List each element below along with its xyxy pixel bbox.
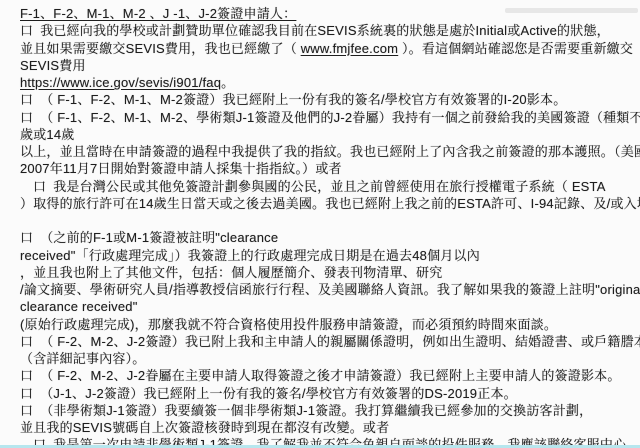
checkbox-icon[interactable]: 口 bbox=[20, 334, 33, 349]
text-line-clearance-cont1: received"「行政處理完成」）我簽證上的行政處理完成日期是在過去48個月以… bbox=[20, 247, 638, 264]
item-text: 我已經向我的學校或計劃贊助單位確認我目前在SEVIS系統裏的狀態是處於Initi… bbox=[40, 23, 610, 38]
checklist-item-dependents: 口（ F-2、M-2、J-2簽證）我已附上我和主申請人的親屬關係證明，例如出生證… bbox=[20, 333, 638, 350]
document-title-line: F-1、F-2、M-1、M-2 、J -1、J-2簽證申請人： bbox=[20, 5, 638, 22]
checklist-item-j1-renewal: 口（非學術類J-1簽證）我要續簽一個非學術類J-1簽證。我打算繼續我已經參加的交… bbox=[20, 402, 638, 419]
item-text: 。 bbox=[221, 75, 234, 90]
checklist-item-i20: 口（ F-1、F-2、M-1、M-2簽證）我已經附上一份有我的簽名/學校官方有效… bbox=[20, 91, 638, 108]
item-text: /論文摘要、學術研究人員/指導教授信函旅行行程、及美國聯絡人資訊。我了解如果我的… bbox=[20, 282, 640, 297]
item-text: （ F-1、F-2、M-1、M-2簽證）我已經附上一份有我的簽名/學校官方有效簽… bbox=[40, 92, 566, 107]
text-line-age: 歲或14歲 bbox=[20, 126, 638, 143]
item-text: （含詳細記事內容）。 bbox=[20, 351, 146, 366]
text-line-esta-cont: ）取得的旅行許可在14歲生日當天或之後去過美國。我也已經附上我之前的ESTA許可… bbox=[20, 195, 638, 212]
item-text: 歲或14歲 bbox=[20, 127, 74, 142]
checklist-item-ds2019: 口（J-1、J-2簽證）我已經附上一份有我的簽名/學校官方有效簽署的DS-201… bbox=[20, 385, 638, 402]
text-line-ice-url: https://www.ice.gov/sevis/i901/faq。 bbox=[20, 74, 638, 91]
text-line-sevis-fee: 並且如果需要繳交SEVIS費用，我也已經繳了（ www.fmjfee.com ）… bbox=[20, 40, 638, 57]
item-text: (原始行政處理完成)，那麼我就不符合資格使用投件服務申請簽證，而必須預約時間來面… bbox=[20, 317, 557, 332]
item-text: ，並且我也附上了其他文件，包括：個人履歷簡介、發表刊物清單、研究 bbox=[20, 265, 442, 280]
text-line-sevis-fee-cont: SEVIS費用 bbox=[20, 57, 638, 74]
checkbox-icon[interactable]: 口 bbox=[20, 403, 33, 418]
item-text: 以上，並且當時在申請簽證的過程中我提供了我的指紋。我也已經附上了內含我之前簽證的… bbox=[20, 144, 640, 159]
item-text: 並且如果需要繳交SEVIS費用，我也已經繳了（ bbox=[20, 41, 301, 56]
visa-checklist-document: F-1、F-2、M-1、M-2 、J -1、J-2簽證申請人： 口我已經向我的學… bbox=[20, 5, 638, 448]
checklist-item-sevis-status: 口我已經向我的學校或計劃贊助單位確認我目前在SEVIS系統裏的狀態是處於Init… bbox=[20, 22, 638, 39]
checklist-item-esta: 口我是台灣公民或其他免簽證計劃參與國的公民，並且之前曾經使用在旅行授權電子系統（… bbox=[20, 178, 638, 195]
item-text: 我是台灣公民或其他免簽證計劃參與國的公民，並且之前曾經使用在旅行授權電子系統（ … bbox=[53, 179, 605, 194]
checkbox-icon[interactable]: 口 bbox=[20, 110, 33, 125]
item-text: ）。看這個網站確認您是否需要重新繳交 bbox=[398, 41, 633, 56]
item-text: SEVIS費用 bbox=[20, 58, 86, 73]
item-text: （ F-1、F-2、M-1、M-2、學術類J-1簽證及他們的J-2眷屬）我持有一… bbox=[40, 110, 640, 125]
item-text: received"「行政處理完成」）我簽證上的行政處理完成日期是在過去48個月以… bbox=[20, 248, 480, 263]
blank-line bbox=[20, 212, 638, 229]
item-text: （ F-2、M-2、J-2簽證）我已附上我和主申請人的親屬關係證明，例如出生證明… bbox=[40, 334, 640, 349]
item-text: （之前的F-1或M-1簽證被註明"clearance bbox=[40, 230, 278, 245]
text-line-clearance-cont2: ，並且我也附上了其他文件，包括：個人履歷簡介、發表刊物清單、研究 bbox=[20, 264, 638, 281]
item-text: 並且我的SEVIS號碼自上次簽證核發時到現在都沒有改變。或者 bbox=[20, 420, 389, 435]
page-title: F-1、F-2、M-1、M-2 、J -1、J-2簽證申請人： bbox=[20, 6, 296, 21]
item-text: （J-1、J-2簽證）我已經附上一份有我的簽名/學校官方有效簽署的DS-2019… bbox=[40, 386, 517, 401]
text-line-fingerprints-cont: 2007年11月7日開始對簽證申請人採集十指指紋。）或者 bbox=[20, 160, 638, 177]
item-text: 2007年11月7日開始對簽證申請人採集十指指紋。）或者 bbox=[20, 161, 342, 176]
fmjfee-link[interactable]: www.fmjfee.com bbox=[301, 41, 398, 56]
text-line-j1-renewal-cont: 並且我的SEVIS號碼自上次簽證核發時到現在都沒有改變。或者 bbox=[20, 419, 638, 436]
checklist-item-prior-visa: 口（ F-1、F-2、M-1、M-2、學術類J-1簽證及他們的J-2眷屬）我持有… bbox=[20, 109, 638, 126]
checkbox-icon[interactable]: 口 bbox=[20, 230, 33, 245]
checkbox-icon[interactable]: 口 bbox=[33, 179, 46, 194]
checkbox-icon[interactable]: 口 bbox=[20, 368, 33, 383]
text-line-clearance-cont3: /論文摘要、學術研究人員/指導教授信函旅行行程、及美國聯絡人資訊。我了解如果我的… bbox=[20, 281, 638, 298]
item-text: （ F-2、M-2、J-2眷屬在主要申請人取得簽證之後才申請簽證）我已經附上主要… bbox=[40, 368, 620, 383]
text-line-clearance-cont4: clearance received" bbox=[20, 298, 638, 315]
item-text: ）取得的旅行許可在14歲生日當天或之後去過美國。我也已經附上我之前的ESTA許可… bbox=[20, 196, 640, 211]
text-line-fingerprints: 以上，並且當時在申請簽證的過程中我提供了我的指紋。我也已經附上了內含我之前簽證的… bbox=[20, 143, 638, 160]
ice-sevis-faq-link[interactable]: https://www.ice.gov/sevis/i901/faq bbox=[20, 75, 221, 90]
text-line-clearance-cont5: (原始行政處理完成)，那麼我就不符合資格使用投件服務申請簽證，而必須預約時間來面… bbox=[20, 316, 638, 333]
text-line-dependents-cont: （含詳細記事內容）。 bbox=[20, 350, 638, 367]
item-text: clearance received" bbox=[20, 299, 138, 314]
checkbox-icon[interactable]: 口 bbox=[20, 92, 33, 107]
checklist-item-clearance: 口（之前的F-1或M-1簽證被註明"clearance bbox=[20, 229, 638, 246]
checkbox-icon[interactable]: 口 bbox=[20, 386, 33, 401]
checkbox-icon[interactable]: 口 bbox=[20, 23, 33, 38]
item-text: （非學術類J-1簽證）我要續簽一個非學術類J-1簽證。我打算繼續我已經參加的交換… bbox=[40, 403, 592, 418]
checklist-item-principal-visa-copy: 口（ F-2、M-2、J-2眷屬在主要申請人取得簽證之後才申請簽證）我已經附上主… bbox=[20, 367, 638, 384]
